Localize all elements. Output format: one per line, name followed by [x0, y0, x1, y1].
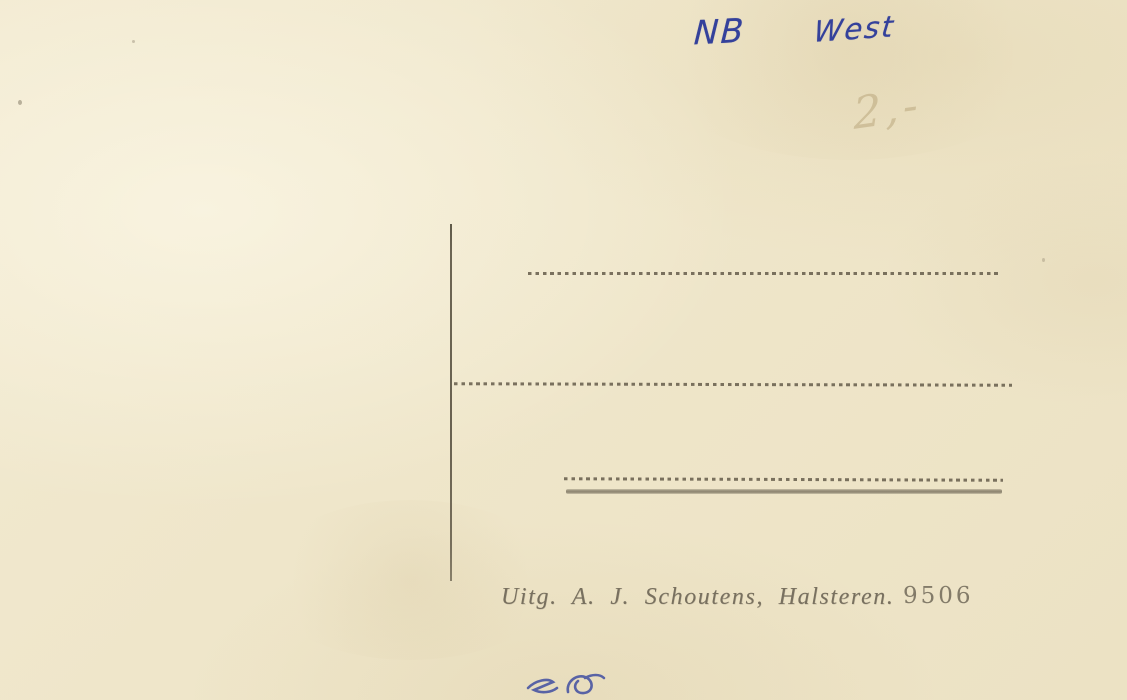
- paper-speck: [1042, 258, 1045, 262]
- pencil-price-note: 2,-: [852, 79, 922, 140]
- postcard-scan: NB West 2,- Uitg. A. J. Schoutens, Halst…: [0, 0, 1127, 700]
- card-number: 9506: [903, 583, 974, 609]
- handwritten-province-note: NB: [693, 11, 746, 53]
- address-dotted-line-2: [454, 382, 1012, 386]
- postcard-paper: NB West 2,- Uitg. A. J. Schoutens, Halst…: [0, 0, 1127, 700]
- blue-ink-scribble-icon: [522, 666, 632, 700]
- publisher-imprint: Uitg. A. J. Schoutens, Halsteren.: [501, 584, 894, 611]
- paper-speck: [18, 100, 22, 105]
- address-dotted-line-1: [528, 272, 1001, 275]
- address-dotted-line-3: [564, 477, 1003, 481]
- paper-speck: [132, 40, 135, 43]
- address-base-rule: [566, 489, 1002, 494]
- address-divider-rule: [450, 224, 452, 581]
- paper-stain: [260, 500, 560, 660]
- handwritten-direction-note: West: [812, 9, 896, 49]
